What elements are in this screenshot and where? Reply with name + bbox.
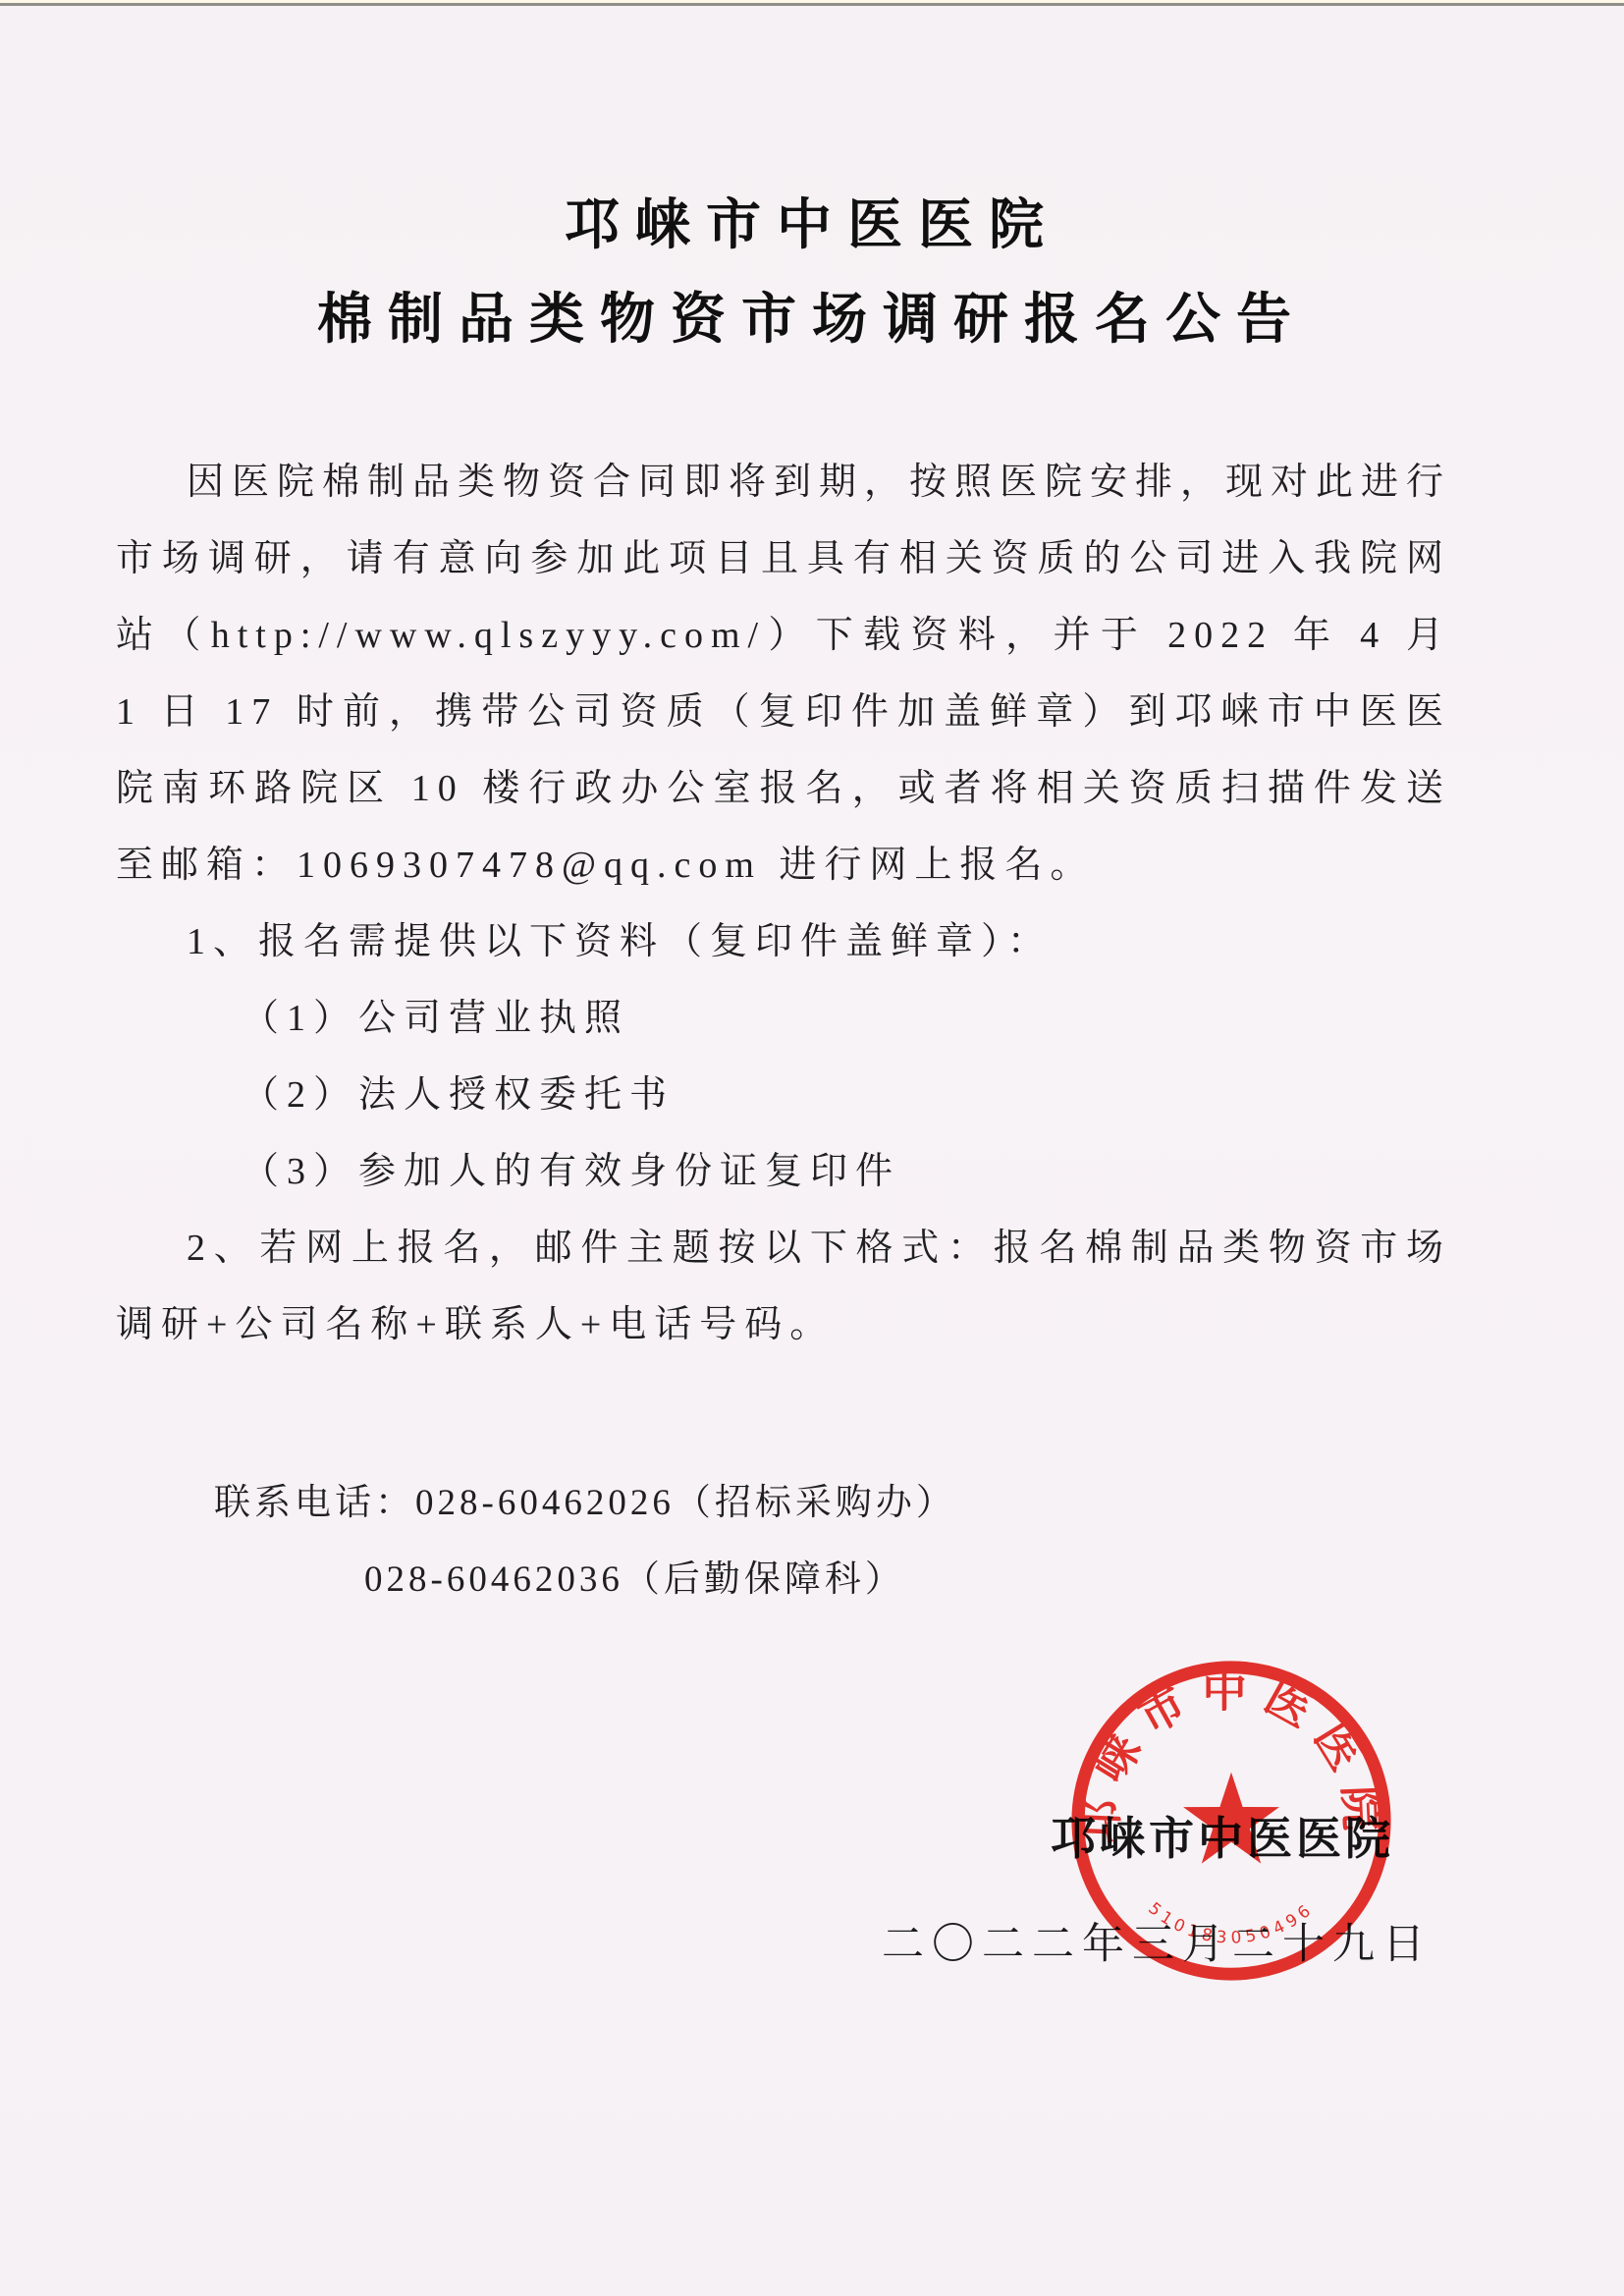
list-item-1: 1、报名需提供以下资料（复印件盖鲜章）： [116,903,1451,980]
seal-code-text: 510183050496 [1145,1898,1318,1947]
seal-star-icon [1183,1773,1279,1864]
title-line-2: 棉制品类物资市场调研报名公告 [0,273,1624,367]
document-body: 因医院棉制品类物资合同即将到期，按照医院安排，现对此进行市场调研，请有意向参加此… [116,444,1451,1363]
list-item-2: 2、若网上报名，邮件主题按以下格式：报名棉制品类物资市场调研+公司名称+联系人+… [116,1210,1451,1363]
document-page: 邛崃市中医医院 棉制品类物资市场调研报名公告 因医院棉制品类物资合同即将到期，按… [0,0,1624,2296]
title-line-1: 邛崃市中医医院 [0,179,1624,273]
contact-phone-1: 联系电话：028-60462026（招标采购办） [214,1465,956,1542]
document-title: 邛崃市中医医院 棉制品类物资市场调研报名公告 [0,179,1624,367]
intro-paragraph: 因医院棉制品类物资合同即将到期，按照医院安排，现对此进行市场调研，请有意向参加此… [116,444,1451,903]
contact-phone-2: 028-60462036（后勤保障科） [214,1542,956,1618]
contact-block: 联系电话：028-60462026（招标采购办） 028-60462036（后勤… [214,1465,956,1618]
list-subitem-1: （1）公司营业执照 [116,980,1451,1057]
official-seal-stamp: 邛崃市中医医院 510183050496 [1066,1656,1396,1986]
list-subitem-3: （3）参加人的有效身份证复印件 [116,1133,1451,1210]
list-subitem-2: （2）法人授权委托书 [116,1057,1451,1133]
scan-edge-line [0,3,1624,6]
